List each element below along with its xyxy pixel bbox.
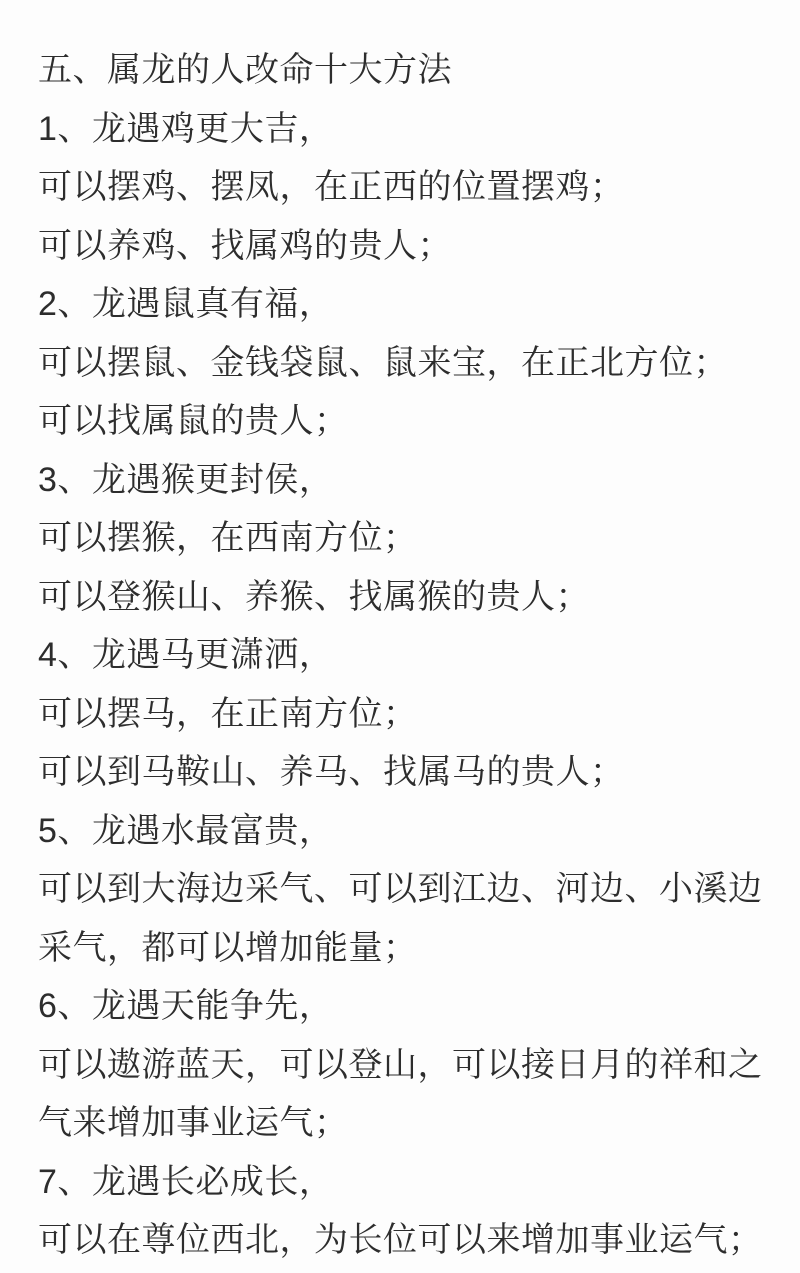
section-method-2: 2、龙遇鼠真有福， 可以摆鼠、金钱袋鼠、鼠来宝，在正北方位； 可以找属鼠的贵人； [38, 275, 778, 451]
method-title: 5、龙遇水最富贵， [38, 802, 778, 861]
section-method-4: 4、龙遇马更潇洒， 可以摆马，在正南方位； 可以到马鞍山、养马、找属马的贵人； [38, 626, 778, 802]
method-title: 1、龙遇鸡更大吉， [38, 100, 778, 159]
method-detail-line: 可以摆猴，在西南方位； [38, 509, 778, 568]
method-title: 6、龙遇天能争先， [38, 977, 778, 1036]
section-method-3: 3、龙遇猴更封侯， 可以摆猴，在西南方位； 可以登猴山、养猴、找属猴的贵人； [38, 451, 778, 627]
document-page: 五、属龙的人改命十大方法 1、龙遇鸡更大吉， 可以摆鸡、摆凤，在正西的位置摆鸡；… [0, 0, 800, 1273]
method-detail-line: 可以摆鼠、金钱袋鼠、鼠来宝，在正北方位； [38, 334, 778, 393]
method-detail-line: 可以在尊位西北，为长位可以来增加事业运气； [38, 1211, 778, 1270]
method-detail-line: 可以养鸡、找属鸡的贵人； [38, 217, 778, 276]
method-detail-line: 可以到大海边采气、可以到江边、河边、小溪边采气，都可以增加能量； [38, 860, 778, 977]
section-method-5: 5、龙遇水最富贵， 可以到大海边采气、可以到江边、河边、小溪边采气，都可以增加能… [38, 802, 778, 978]
method-detail-line: 可以摆鸡、摆凤，在正西的位置摆鸡； [38, 158, 778, 217]
section-method-1: 1、龙遇鸡更大吉， 可以摆鸡、摆凤，在正西的位置摆鸡； 可以养鸡、找属鸡的贵人； [38, 100, 778, 276]
method-title: 2、龙遇鼠真有福， [38, 275, 778, 334]
section-method-6: 6、龙遇天能争先， 可以遨游蓝天，可以登山，可以接日月的祥和之气来增加事业运气； [38, 977, 778, 1153]
section-method-7: 7、龙遇长必成长， 可以在尊位西北，为长位可以来增加事业运气； [38, 1153, 778, 1270]
method-title: 3、龙遇猴更封侯， [38, 451, 778, 510]
document-title: 五、属龙的人改命十大方法 [38, 41, 778, 100]
method-detail-line: 可以登猴山、养猴、找属猴的贵人； [38, 568, 778, 627]
method-detail-line: 可以到马鞍山、养马、找属马的贵人； [38, 743, 778, 802]
method-detail-line: 可以遨游蓝天，可以登山，可以接日月的祥和之气来增加事业运气； [38, 1036, 778, 1153]
method-detail-line: 可以找属鼠的贵人； [38, 392, 778, 451]
method-title: 4、龙遇马更潇洒， [38, 626, 778, 685]
method-detail-line: 可以摆马，在正南方位； [38, 685, 778, 744]
method-title: 7、龙遇长必成长， [38, 1153, 778, 1212]
